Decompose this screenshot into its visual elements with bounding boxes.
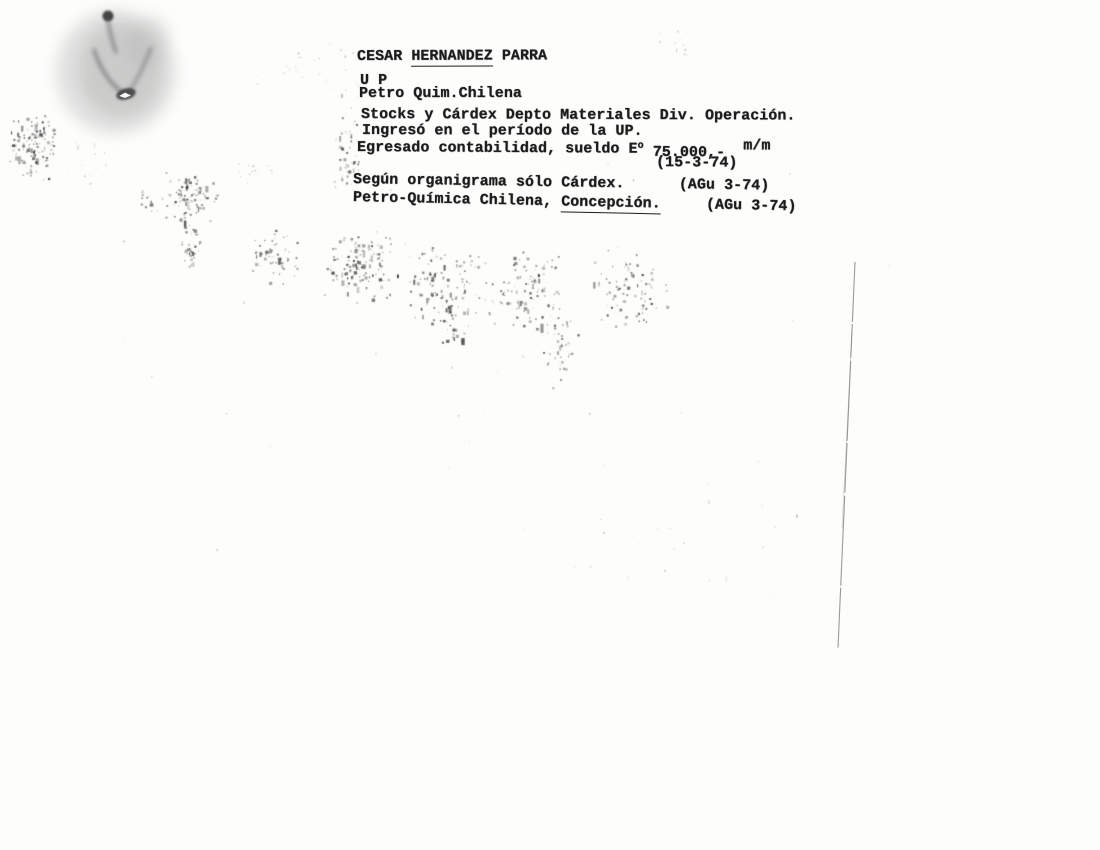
text-segment: Egresado contabilidad, sueldo E [357, 139, 638, 158]
text-line-ingreso: Ingresó en el período de la UP. [362, 122, 643, 140]
text-line-name: CESAR HERNANDEZ PARRA [357, 47, 547, 65]
text-line-company: Petro Quim.Chilena [359, 85, 522, 102]
text-segment [644, 141, 653, 158]
text-segment: o [638, 141, 644, 152]
text-segment: HERNANDEZ [411, 48, 493, 67]
text-segment: Concepción. [561, 193, 661, 214]
scanned-document-page: CESAR HERNANDEZ PARRA U P Petro Quim.Chi… [0, 0, 1100, 850]
text-segment: (AGu 3-74) [661, 195, 797, 215]
text-segment: PARRA [493, 47, 547, 64]
text-segment: Petro Quim.Chilena [359, 85, 522, 102]
text-segment: m/m [734, 137, 770, 154]
text-segment: (15-3-74) [656, 154, 738, 172]
text-segment: CESAR [357, 48, 411, 65]
text-line-fecha: (15-3-74) [656, 154, 738, 172]
text-segment: Ingresó en el período de la UP. [362, 122, 643, 140]
